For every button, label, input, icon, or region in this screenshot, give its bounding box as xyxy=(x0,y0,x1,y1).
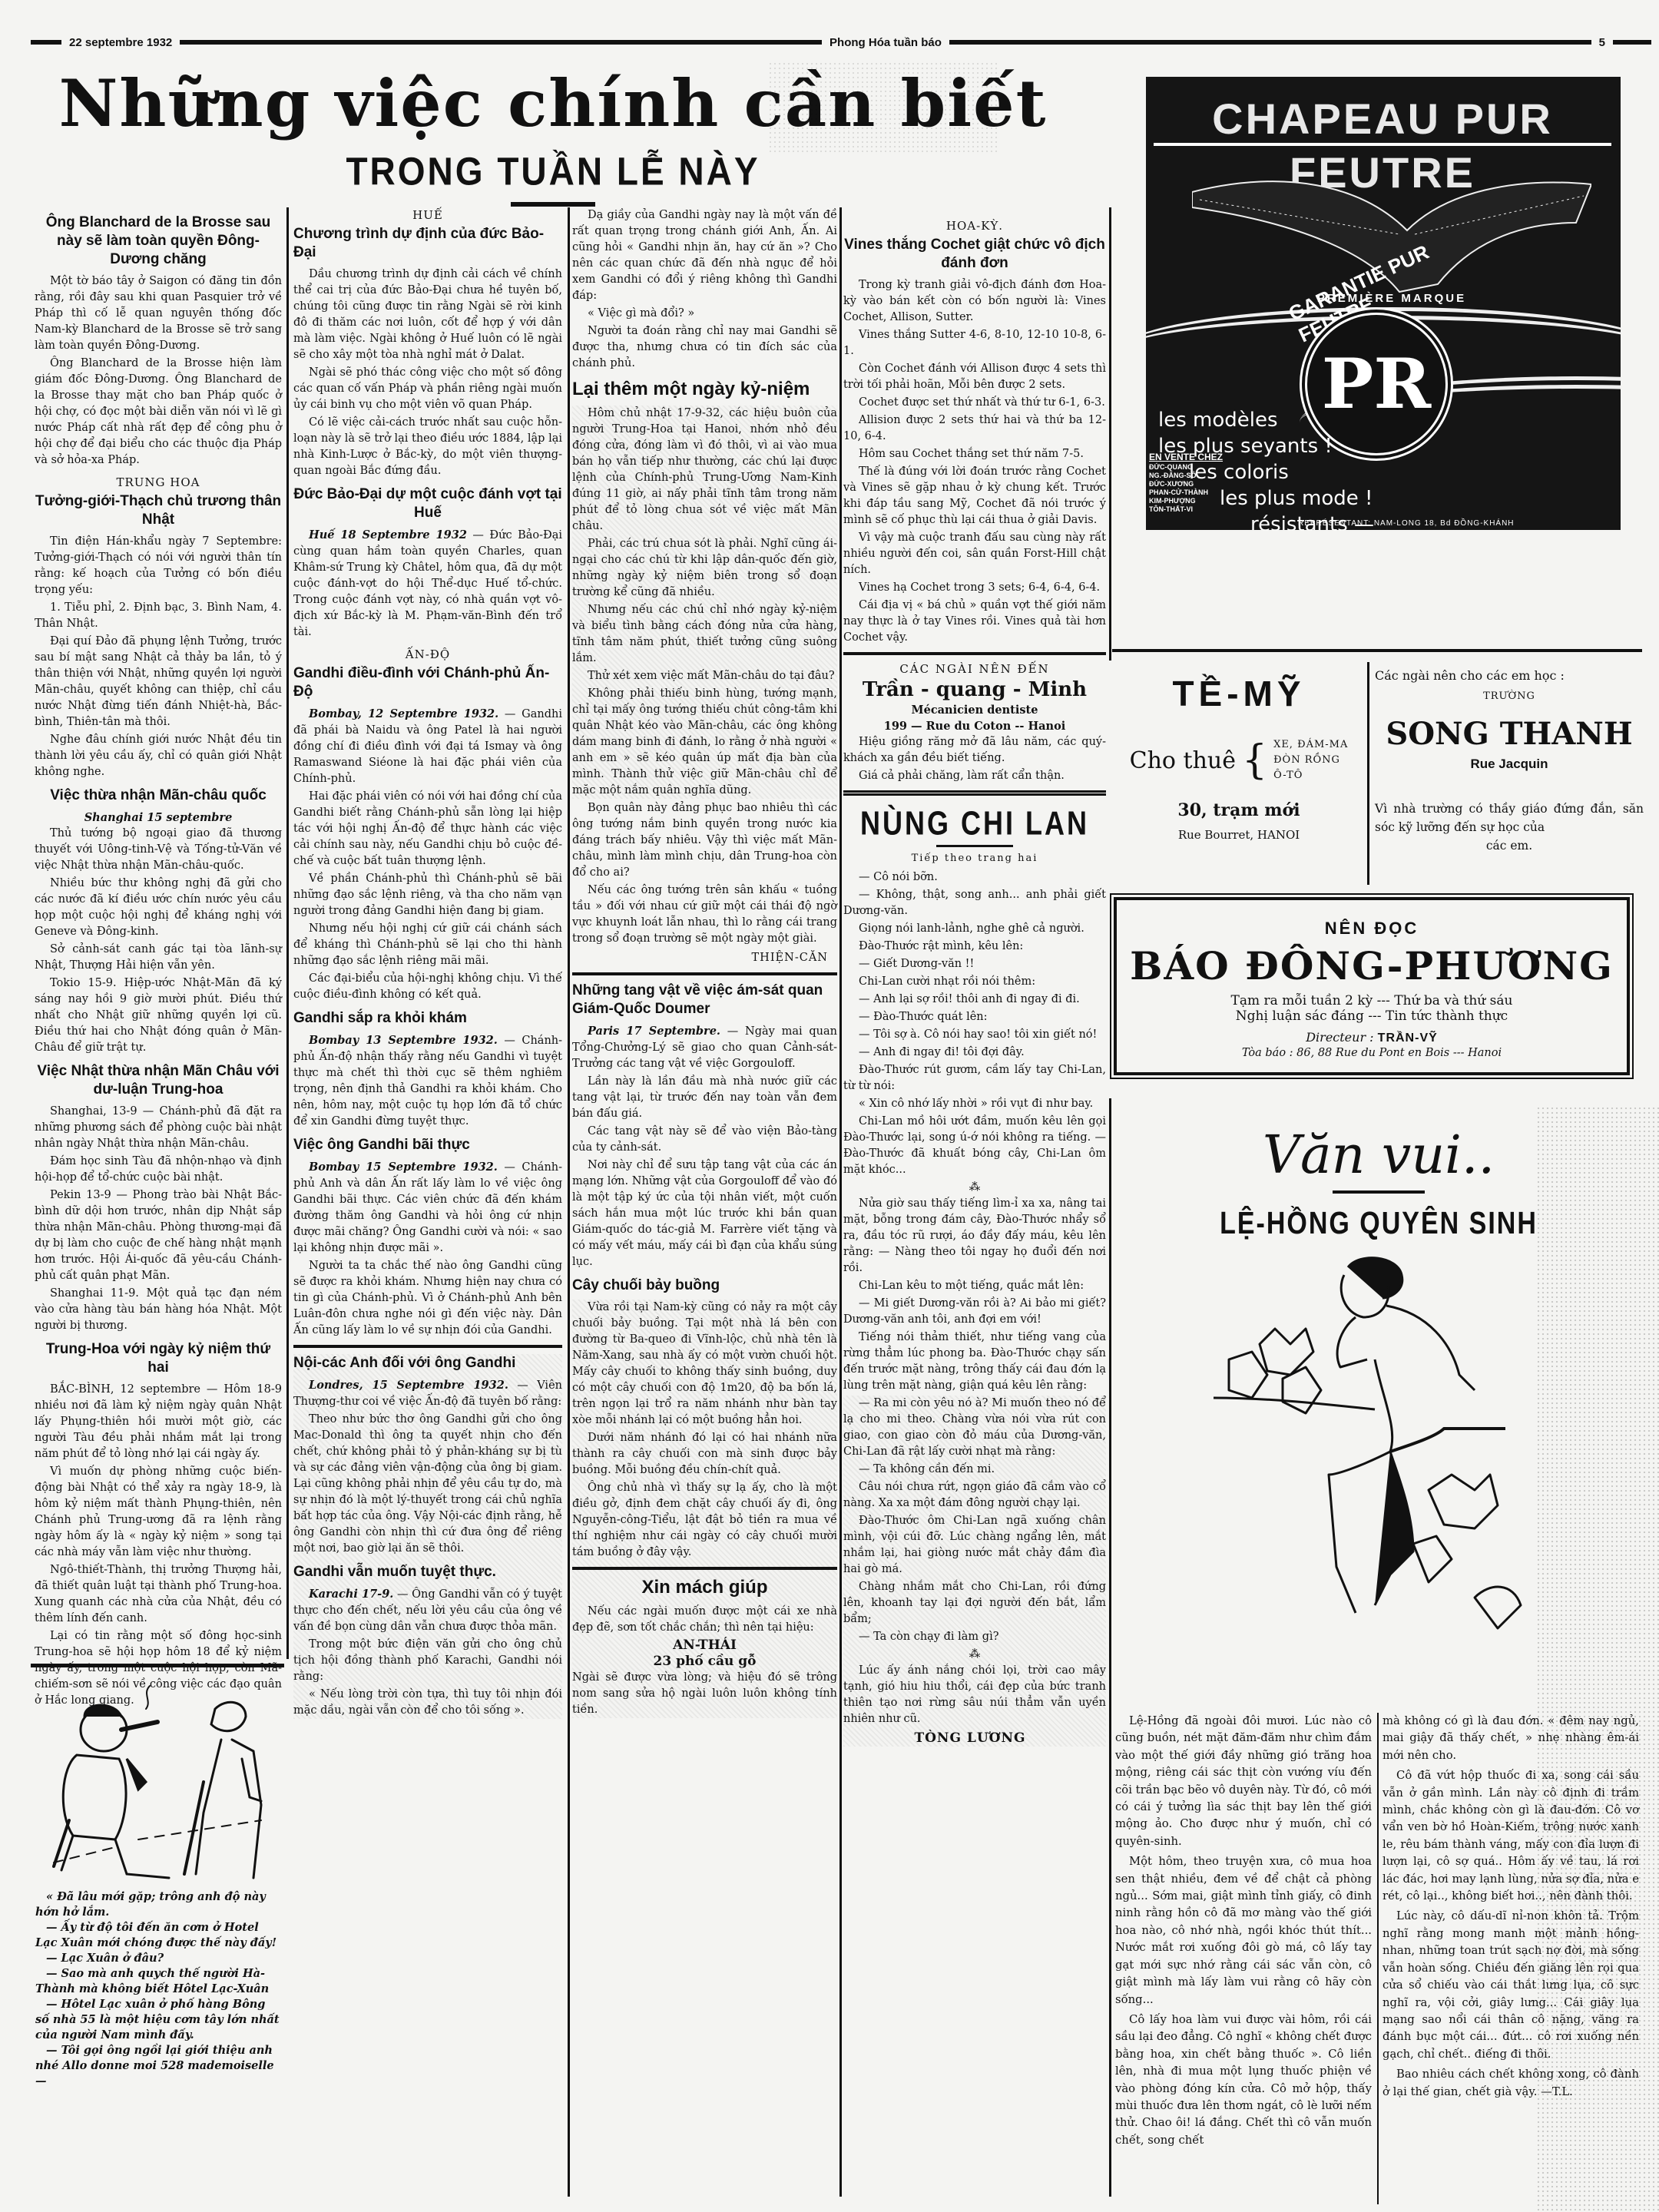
ornament-icon: ⁂ xyxy=(843,1180,1106,1196)
column-divider xyxy=(839,207,842,2197)
header-rule xyxy=(949,40,1591,45)
story-paragraph: Cô lấy hoa làm vui được vài hôm, rồi cái… xyxy=(1115,2012,1372,2149)
story-paragraph: Một hôm, theo truyện xưa, cô mua hoa sen… xyxy=(1115,1853,1372,2008)
shaded-box: — Ra mi còn yêu nó à? Mi muốn theo nó để… xyxy=(843,1396,1106,1747)
article-paragraph: Thử xét xem việc mất Mãn-châu do tại đâu… xyxy=(572,668,837,684)
school-label: TRƯỜNG xyxy=(1375,690,1644,702)
caption-line: — Sao mà anh quych thế người Hà-Thành mà… xyxy=(35,1966,280,1997)
article-paragraph: Theo như bức thơ ông Gandhi gửi cho ông … xyxy=(293,1412,562,1557)
rental-option: ĐÒN RỒNG xyxy=(1273,753,1348,768)
article-paragraph: « Nếu lòng trời còn tựa, thì tuy tôi nhị… xyxy=(293,1687,562,1719)
story-paragraph: Nửa giờ sau thấy tiếng lìm-ỉ xa xa, nâng… xyxy=(843,1196,1106,1277)
article-paragraph: BẮC-BÌNH, 12 septembre — Hôm 18-9 nhiều … xyxy=(35,1382,282,1462)
story-paragraph: — Mi giết Dương-văn rồi à? Ai bảo mi giế… xyxy=(843,1296,1106,1328)
article-paragraph: Nơi này chỉ để sưu tập tang vật của các … xyxy=(572,1157,837,1270)
cartoon: « Đã lâu mới gặp; trông anh độ này hớn h… xyxy=(31,1667,284,2197)
article-paragraph: Cái địa vị « bá chủ » quần vợt thế giới … xyxy=(843,598,1106,646)
dongphuong-ad: NÊN ĐỌC BÁO ĐÔNG-PHƯƠNG Tạm ra mỗi tuần … xyxy=(1114,897,1630,1075)
article-paragraph: Nếu các ông tướng trên sân khấu « tuồng … xyxy=(572,882,837,947)
dateline: Bombay 13 Septembre 1932. xyxy=(309,1034,498,1047)
section-rule xyxy=(293,1345,562,1348)
school-name: SONG THANH xyxy=(1375,716,1644,752)
story-paragraph: — Giết Dương-văn !! xyxy=(843,956,1106,972)
article-paragraph: Hôm chủ nhật 17-9-32, các hiệu buôn của … xyxy=(572,406,837,535)
article-paragraph: Nhưng nếu hội nghị cứ giữ cái chánh sách… xyxy=(293,921,562,969)
article-paragraph: Tokio 15-9. Hiệp-ước Nhật-Mãn đã ký sáng… xyxy=(35,975,282,1056)
article-paragraph: Dưới năm nhánh đó lại có hai nhánh nữa t… xyxy=(572,1430,837,1479)
story-paragraph: — Đào-Thước quát lên: xyxy=(843,1009,1106,1025)
dentist-ad: CÁC NGÀI NÊN ĐẾN Trần - quang - Minh Méc… xyxy=(843,661,1106,784)
ornament-icon: ⁂ xyxy=(843,1647,1106,1663)
article-paragraph: Bombay, 12 Septembre 1932. — Gandhi đã p… xyxy=(293,706,562,787)
paragraph-text: — Chánh-phủ Anh và dân Ấn rất lấy làm lo… xyxy=(293,1161,562,1254)
section-rule xyxy=(843,652,1106,655)
story-paragraph: — Ra mi còn yêu nó à? Mi muốn theo nó để… xyxy=(843,1396,1106,1460)
vendor: KIM-PHƯỢNG xyxy=(1149,497,1233,505)
story-paragraph: — Cô nói bỡn. xyxy=(843,869,1106,886)
article-paragraph: Bọn quân này đảng phục bao nhiêu thì các… xyxy=(572,800,837,881)
vendor: PHAN-CỬ-THÀNH xyxy=(1149,488,1233,497)
article-paragraph: Hai đặc phái viên có nói với hai đồng ch… xyxy=(293,789,562,869)
ad-pre: NÊN ĐỌC xyxy=(1117,919,1627,939)
section-rule xyxy=(572,972,837,975)
caption-line: — Lạc Xuân ở đâu? xyxy=(35,1951,280,1966)
story-paragraph: Giọng nói lanh-lảnh, nghe ghê cả người. xyxy=(843,921,1106,937)
column-1: Ông Blanchard de la Brosse sau này sẽ là… xyxy=(35,207,282,1651)
caption-line: — Tôi gọi ông ngồi lại giới thiệu anh nh… xyxy=(35,2043,280,2089)
article-headline: Cây chuối bảy buồng xyxy=(572,1277,837,1295)
article-paragraph: Cochet được set thứ nhất và thứ tư 6-1, … xyxy=(843,395,1106,411)
seal-ring-text: PREMIÈRE MARQUE xyxy=(1300,292,1484,305)
article-paragraph: Về phần Chánh-phủ thì Chánh-phủ sẽ bãi n… xyxy=(293,871,562,919)
ad-line: Tạm ra mỗi tuần 2 kỳ --- Thứ ba và thứ s… xyxy=(1117,993,1627,1008)
story-title: LỆ-HỒNG QUYÊN SINH xyxy=(1114,1206,1644,1242)
serial-continuation: Tiếp theo trang hai xyxy=(843,850,1106,866)
story-paragraph: — Anh lại sợ rồi! thôi anh đi ngay đi đi… xyxy=(843,992,1106,1008)
story-paragraph: — Không, thật, song anh... anh phải giết… xyxy=(843,887,1106,919)
rental-options: XE, ĐÁM-MA ĐÒN RỒNG Ô-TÔ xyxy=(1273,737,1348,783)
dateline: Paris 17 Septembre. xyxy=(588,1025,720,1038)
article-paragraph: Còn Cochet đánh với Allison được 4 sets … xyxy=(843,361,1106,393)
dateline: Shanghai 15 septembre xyxy=(35,810,282,826)
masthead: Những việc chính cần biết TRONG TUẦN LỄ … xyxy=(46,65,1060,207)
article-paragraph: Trong kỳ tranh giải vô-địch đánh đơn Hoa… xyxy=(843,277,1106,326)
vendor: NG.-ĐĂNG-SỞ xyxy=(1149,472,1233,480)
ad-pre: CÁC NGÀI NÊN ĐẾN xyxy=(843,661,1106,677)
article-paragraph: Đám học sinh Tàu đã nhộn-nhạo và định hộ… xyxy=(35,1154,282,1186)
brace-icon: { xyxy=(1242,741,1267,780)
column-2: HUẾ Chương trình dự định của đức Bảo-Đại… xyxy=(293,207,562,1651)
vendor-list: EN VENTE CHEZ ĐỨC-QUANG NG.-ĐĂNG-SỞ ĐỨC-… xyxy=(1149,453,1233,514)
header-rule xyxy=(180,40,822,45)
story-paragraph: — Anh đi ngay đi! tôi đợi đây. xyxy=(843,1045,1106,1061)
caption-line: — Hôtel Lạc xuân ở phố hàng Bông số nhà … xyxy=(35,1997,280,2043)
cartoon-caption: « Đã lâu mới gặp; trông anh độ này hớn h… xyxy=(31,1889,284,2089)
header-rule xyxy=(31,40,61,45)
story-paragraph: Chàng nhắm mắt cho Chi-Lan, rồi đứng lên… xyxy=(843,1579,1106,1628)
article-paragraph: Thủ tướng bộ ngoại giao đã thương thuyết… xyxy=(35,826,282,874)
article-paragraph: Một tờ báo tây ở Saigon có đăng tin đồn … xyxy=(35,273,282,354)
article-paragraph: Vì muốn dự phòng những cuộc biến-động bà… xyxy=(35,1464,282,1561)
article-paragraph: Shanghai, 13-9 — Chánh-phủ đã đặt ra nhữ… xyxy=(35,1104,282,1152)
article-paragraph: Karachi 17-9. — Ông Gandhi vẫn có ý tuyệ… xyxy=(293,1586,562,1635)
vendor: ĐỨC-XƯƠNG xyxy=(1149,480,1233,488)
article-paragraph: Paris 17 Septembre. — Ngày mai quan Tổng… xyxy=(572,1023,837,1072)
shop-name: AN-THÁI xyxy=(572,1637,837,1654)
article-headline: Trung-Hoa với ngày kỷ niệm thứ hai xyxy=(35,1340,282,1377)
vendor: ĐỨC-QUANG xyxy=(1149,463,1233,472)
column-divider xyxy=(1109,1098,1111,2197)
article-paragraph: « Việc gì mà đổi? » xyxy=(572,306,837,322)
running-header: 22 septembre 1932 Phong Hóa tuần báo 5 xyxy=(31,31,1651,54)
article-paragraph: Có lẽ việc cải-cách trước nhất sau cuộc … xyxy=(293,415,562,479)
column-3: Dạ giầy của Gandhi ngày nay là một vấn đ… xyxy=(572,207,837,2204)
article-paragraph: Bombay 13 Septembre 1932. — Chánh-phủ Ấn… xyxy=(293,1032,562,1130)
ad-address: 30, trạm mới xyxy=(1112,800,1366,820)
representative: REPRÉSENTANT: NAM-LONG 18, Bd ĐỒNG-KHÁNH xyxy=(1298,519,1515,528)
article-headline: Ông Blanchard de la Brosse sau này sẽ là… xyxy=(35,214,282,269)
article-headline: Việc thừa nhận Mãn-châu quốc xyxy=(35,786,282,805)
slogan-line: les plus mode ! xyxy=(1220,485,1458,512)
story-paragraph: — Ta còn chạy đi làm gì? xyxy=(843,1629,1106,1645)
ad-business-name: TỀ-MỸ xyxy=(1112,673,1366,714)
article-paragraph: Các đại-biểu của hội-nghị không chịu. Vì… xyxy=(293,971,562,1003)
ad-paragraph: Nếu các ngài muốn được một cái xe nhà đẹ… xyxy=(572,1604,837,1636)
story-paragraph: Chi-Lan mồ hôi ướt đầm, muốn kêu lên gọi… xyxy=(843,1114,1106,1178)
article-headline: Gandhi điều-đình với Chánh-phủ Ấn-Độ xyxy=(293,664,562,701)
dentist-trade: Mécanicien dentiste xyxy=(843,702,1106,718)
story-paragraph: Bao nhiêu cách chết không xong, cô đành … xyxy=(1382,2066,1639,2101)
story-paragraph: Lệ-Hồng đã ngoài đôi mươi. Lúc nào cô cũ… xyxy=(1115,1713,1372,1850)
article-paragraph: Không phải thiếu binh hùng, tướng mạnh, … xyxy=(572,686,837,799)
article-paragraph: Phải, các trú chua sót là phải. Nghĩ cũn… xyxy=(572,536,837,601)
column-4: HOA-KỲ. Vines thắng Cochet giật chức vô … xyxy=(843,207,1106,2204)
column-divider xyxy=(286,207,289,1659)
story-paragraph: « Xin cô nhớ lấy nhời » rồi vụt đi như b… xyxy=(843,1096,1106,1112)
description-text: Vì nhà trường có thầy giáo đứng đắn, săn… xyxy=(1375,800,1644,836)
story-paragraph: Câu nói chưa rứt, ngọn giáo đã cắm vào c… xyxy=(843,1479,1106,1512)
article-paragraph: 1. Tiễu phỉ, 2. Định bạc, 3. Bình Nam, 4… xyxy=(35,600,282,632)
article-paragraph: Dạ giầy của Gandhi ngày nay là một vấn đ… xyxy=(572,207,837,304)
shop-address: 23 phố cầu gỗ xyxy=(572,1654,837,1670)
section-label: TRUNG HOA xyxy=(35,475,282,491)
shaded-box: Vừa rồi tại Nam-kỳ cũng có nảy ra một câ… xyxy=(572,1300,837,1718)
issue-date: 22 septembre 1932 xyxy=(69,36,172,49)
article-paragraph: Vừa rồi tại Nam-kỳ cũng có nảy ra một câ… xyxy=(572,1300,837,1429)
ad-address: Tòa báo : 86, 88 Rue du Pont en Bois ---… xyxy=(1117,1047,1627,1059)
story-column-2: mà không có gì là đau đớn. « đêm nay ngủ… xyxy=(1382,1713,1639,2104)
article-paragraph: Tin điện Hán-khẩu ngày 7 Septembre: Tưởn… xyxy=(35,534,282,598)
section-rule xyxy=(572,1567,837,1570)
shaded-box: Hôm chủ nhật 17-9-32, các hiệu buôn của … xyxy=(572,406,837,799)
article-paragraph: Ngài sẽ phó thác công việc cho một số đô… xyxy=(293,365,562,413)
story-paragraph: Lúc này, cô dấu-dĩ nỉ-non khôn tả. Trộm … xyxy=(1382,1908,1639,2063)
rent-label: Cho thuê xyxy=(1130,747,1236,774)
story-paragraph: Đào-Thước ôm Chi-Lan ngã xuống chân mình… xyxy=(843,1513,1106,1578)
article-paragraph: Người ta ta chắc thế nào ông Gandhi cũng… xyxy=(293,1258,562,1339)
author-signature: TÒNG LƯƠNG xyxy=(843,1730,1097,1747)
article-headline: Nội-các Anh đối với ông Gandhi xyxy=(293,1354,562,1373)
rental-offer: Cho thuê { XE, ĐÁM-MA ĐÒN RỒNG Ô-TÔ xyxy=(1112,737,1366,783)
section-heading: Văn vui.. xyxy=(1114,1121,1644,1190)
article-paragraph: Hôm sau Cochet thắng set thứ năm 7-5. xyxy=(843,446,1106,462)
story-paragraph: mà không có gì là đau đớn. « đêm nay ngủ… xyxy=(1382,1713,1639,1764)
cartoon-drawing xyxy=(31,1667,284,1889)
article-paragraph: Pekin 13-9 — Phong trào bài Nhật Bắc-bìn… xyxy=(35,1187,282,1284)
paragraph-text: — Chánh-phủ Ấn-độ nhận thấy rằng nếu Gan… xyxy=(293,1035,562,1128)
vendor-label: EN VENTE CHEZ xyxy=(1149,453,1233,462)
story-paragraph: — Tôi sợ à. Cô nói hay sao! tôi xin giết… xyxy=(843,1027,1106,1043)
article-headline: Gandhi vẫn muốn tuyệt thực. xyxy=(293,1563,562,1581)
director-label: Directeur : xyxy=(1306,1030,1373,1045)
woman-with-flowers-illustration xyxy=(1183,1244,1582,1644)
director-name: TRẦN-VỸ xyxy=(1378,1031,1438,1045)
article-paragraph: Bombay 15 Septembre 1932. — Chánh-phủ An… xyxy=(293,1159,562,1257)
article-paragraph: Các tang vật này sẽ để vào viện Bảo-tàng… xyxy=(572,1124,837,1156)
article-paragraph: Vines hạ Cochet trong 3 sets; 6-4, 6-4, … xyxy=(843,580,1106,596)
section-rule xyxy=(843,793,1106,796)
column-divider xyxy=(1109,207,1111,661)
ad-title: CHAPEAU PUR FEUTRE xyxy=(1154,92,1611,146)
serial-title: NÙNG CHI LAN xyxy=(843,801,1106,846)
ad-street: Rue Bourret, HANOI xyxy=(1112,828,1366,842)
dateline: Londres, 15 Septembre 1932. xyxy=(309,1379,508,1392)
author-signature: THIỆN-CĂN xyxy=(572,950,828,966)
ad-headline: Xin mách giúp xyxy=(572,1576,837,1599)
story-paragraph: — Ta không cần đến mi. xyxy=(843,1462,1106,1478)
story-paragraph: Đào-Thước rật mình, kêu lên: xyxy=(843,939,1106,955)
article-paragraph: Nghe đâu chính giới nước Nhật đều tin th… xyxy=(35,732,282,780)
article-paragraph: Lần này là lần đầu mà nhà nước giữ các t… xyxy=(572,1074,837,1122)
rental-option: XE, ĐÁM-MA xyxy=(1273,737,1348,753)
article-paragraph: Đại quí Đảo đã phụng lệnh Tưởng, trước s… xyxy=(35,634,282,730)
article-paragraph: Thế là đúng với lời đoán trước rằng Coch… xyxy=(843,464,1106,528)
section-label: HOA-KỲ. xyxy=(843,218,1106,234)
article-paragraph: Vines thắng Sutter 4-6, 8-10, 12-10 10-8… xyxy=(843,327,1106,359)
ad-divider xyxy=(1367,662,1369,885)
article-paragraph: Người ta đoán rằng chỉ nay mai Gandhi sẽ… xyxy=(572,323,837,372)
article-paragraph: Nhưng nếu các chú chỉ nhớ ngày kỷ-niệm v… xyxy=(572,602,837,667)
section-label: HUẾ xyxy=(293,207,562,224)
article-headline: Chương trình dự định của đức Bảo-Đại xyxy=(293,225,562,262)
heading-underline xyxy=(1333,1190,1425,1194)
dentist-address: 199 — Rue du Coton -- Hanoi xyxy=(843,718,1106,734)
article-paragraph: Ngô-thiết-Thành, thị trưởng Thượng hải, … xyxy=(35,1562,282,1627)
article-headline: Đức Bảo-Đại dự một cuộc đánh vợt tại Huế xyxy=(293,485,562,522)
temy-ad: TỀ-MỸ Cho thuê { XE, ĐÁM-MA ĐÒN RỒNG Ô-T… xyxy=(1112,662,1366,892)
title-underline xyxy=(511,202,595,207)
ad-paragraph: Hiệu giồng răng mở đã lâu năm, các quý-k… xyxy=(843,734,1106,767)
dateline: Karachi 17-9. xyxy=(309,1588,393,1601)
dentist-name: Trần - quang - Minh xyxy=(843,677,1106,702)
newspaper-page: 22 septembre 1932 Phong Hóa tuần báo 5 N… xyxy=(0,0,1659,2212)
section-label: ẤN-ĐỘ xyxy=(293,647,562,663)
story-paragraph: Đào-Thước rút gươm, cầm lấy tay Chi-Lan,… xyxy=(843,1062,1106,1094)
slogan-line: les modèles xyxy=(1158,407,1458,433)
article-paragraph: Ông chủ nhà vì thấy sự lạ ấy, cho là một… xyxy=(572,1480,837,1561)
article-paragraph: Nhiều bức thư không nghị đã gửi cho các … xyxy=(35,876,282,940)
story-column-1: Lệ-Hồng đã ngoài đôi mươi. Lúc nào cô cũ… xyxy=(1115,1713,1372,2152)
header-rule xyxy=(1613,40,1651,45)
story-paragraph: Lúc ấy ánh nắng chói lọi, trời cao mây t… xyxy=(843,1663,1106,1727)
page-number: 5 xyxy=(1599,36,1605,49)
ad-intro: Các ngài nên cho các em học : xyxy=(1375,668,1644,683)
article-paragraph: Vì vậy mà cuộc tranh đấu sau cùng này rấ… xyxy=(843,530,1106,578)
paragraph-text: — Đức Bảo-Đại cùng quan hầm toàn quyền C… xyxy=(293,529,562,638)
article-headline: Việc Nhật thừa nhận Mãn Châu với dư-luận… xyxy=(35,1062,282,1099)
article-paragraph: Sở cảnh-sát canh gác tại tòa lãnh-sự Nhậ… xyxy=(35,942,282,974)
dateline: Bombay, 12 Septembre 1932. xyxy=(309,707,498,720)
article-headline: Vines thắng Cochet giật chức vô địch đán… xyxy=(843,236,1106,273)
ad-paragraph: Ngài sẽ được vừa lòng; và hiệu đó sẽ trô… xyxy=(572,1670,837,1718)
newspaper-name: BÁO ĐÔNG-PHƯƠNG xyxy=(1117,943,1627,988)
story-paragraph: Chi-Lan cười nhạt rồi nói thêm: xyxy=(843,974,1106,990)
dateline: Bombay 15 Septembre 1932. xyxy=(309,1161,498,1174)
article-headline: Việc ông Gandhi bãi thực xyxy=(293,1136,562,1154)
story-paragraph: Cô đã vứt hộp thuốc đi xa, song cái sầu … xyxy=(1382,1767,1639,1905)
van-vui-section: Văn vui.. LỆ-HỒNG QUYÊN SINH xyxy=(1114,1121,1644,1239)
school-description: Vì nhà trường có thầy giáo đứng đắn, săn… xyxy=(1375,800,1644,855)
article-paragraph: Allision được 2 sets thứ hai và thứ ba 1… xyxy=(843,412,1106,445)
article-paragraph: Dầu chương trình dự định cải cách về chí… xyxy=(293,267,562,363)
school-street: Rue Jacquin xyxy=(1375,757,1644,772)
column-divider xyxy=(568,207,570,2197)
dateline: Huế 18 Septembre 1932 xyxy=(309,528,467,541)
page-subtitle: TRONG TUẦN LỄ NÀY xyxy=(46,146,1060,197)
shaded-box: Nội-các Anh đối với ông Gandhi Londres, … xyxy=(293,1354,562,1719)
ad-line: Nghị luận sác đáng --- Tin tức thành thự… xyxy=(1117,1008,1627,1024)
page-title: Những việc chính cần biết xyxy=(46,65,1060,142)
description-end: các em. xyxy=(1375,836,1644,855)
caption-line: — Ấy từ độ tôi đến ăn cơm ở Hotel Lạc Xu… xyxy=(35,1920,280,1951)
article-paragraph: Londres, 15 Septembre 1932. — Viên Thượn… xyxy=(293,1377,562,1410)
article-paragraph: Trong một bức điện văn gửi cho ông chủ t… xyxy=(293,1637,562,1685)
article-paragraph: Ông Blanchard de la Brosse hiện làm giám… xyxy=(35,356,282,469)
story-divider xyxy=(1377,1713,1379,2204)
rental-option: Ô-TÔ xyxy=(1273,768,1348,783)
article-headline: Gandhi sắp ra khỏi khám xyxy=(293,1009,562,1028)
article-paragraph: Huế 18 Septembre 1932 — Đức Bảo-Đại cùng… xyxy=(293,527,562,641)
songthanh-ad: Các ngài nên cho các em học : TRƯỜNG SON… xyxy=(1375,662,1644,892)
story-paragraph: Chi-Lan kêu to một tiếng, quắc mắt lên: xyxy=(843,1278,1106,1294)
vendor: TÔN-THẤT-VI xyxy=(1149,505,1233,514)
article-headline: Những tang vật về việc ám-sát quan Giám-… xyxy=(572,982,837,1018)
section-rule xyxy=(1112,649,1642,652)
story-paragraph: Tiếng nói thảm thiết, như tiếng vang của… xyxy=(843,1330,1106,1394)
article-paragraph: Shanghai 11-9. Một quả tạc đạn ném vào c… xyxy=(35,1286,282,1334)
article-headline: Lại thêm một ngày kỷ-niệm xyxy=(572,378,837,401)
paper-name: Phong Hóa tuần báo xyxy=(829,36,942,49)
article-headline: Tưởng-giới-Thạch chủ trương thân Nhật xyxy=(35,492,282,529)
ad-paragraph: Giá cả phải chăng, làm rất cẩn thận. xyxy=(843,768,1106,784)
caption-line: « Đã lâu mới gặp; trông anh độ này hớn h… xyxy=(35,1889,280,1920)
director: Directeur : TRẦN-VỸ xyxy=(1117,1030,1627,1045)
